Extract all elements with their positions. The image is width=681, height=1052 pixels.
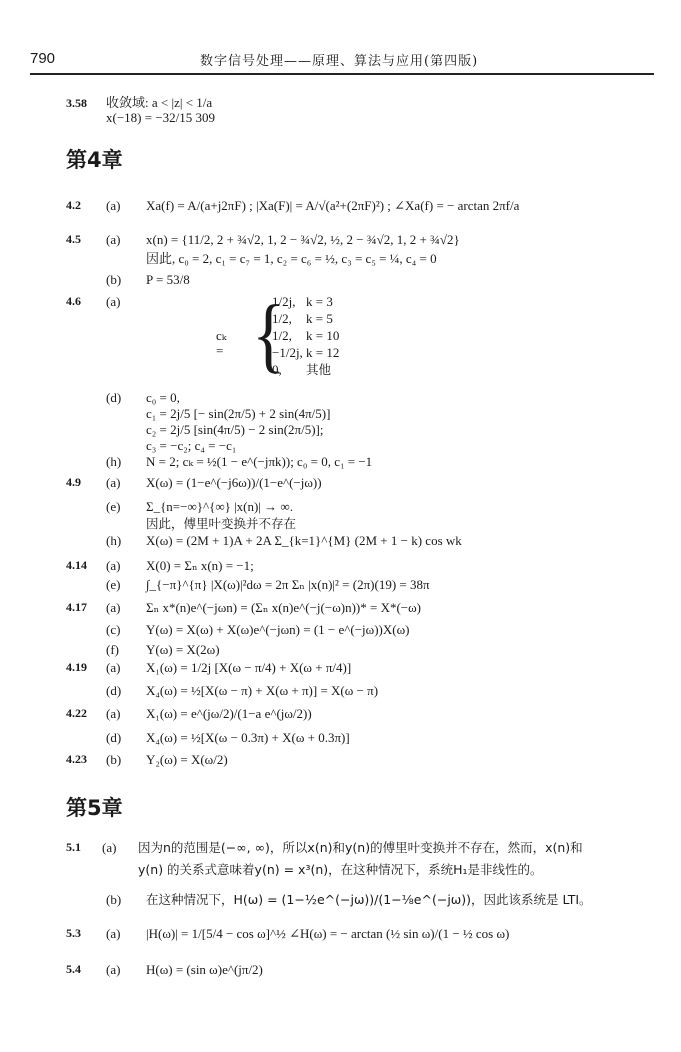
part-label: (b) (106, 892, 121, 907)
problem-number: 4.19 (66, 660, 87, 675)
paragraph: 因为n的范围是(−∞, ∞)，所以x(n)和y(n)的傅里叶变换并不存在，然而，… (138, 840, 583, 855)
running-title: 数字信号处理——原理、算法与应用(第四版) (200, 50, 478, 69)
paragraph: y(n) 的关系式意味着y(n) = x³(n)，在这种情况下，系统H₁是非线性… (138, 862, 543, 877)
problem-number: 4.9 (66, 475, 81, 490)
equation: N = 2; cₖ = ½(1 − e^(−jπk)); c₀ = 0, c₁ … (146, 454, 372, 469)
problem-number: 4.22 (66, 706, 87, 721)
part-label: (e) (106, 577, 120, 592)
part-label: (a) (106, 232, 120, 247)
equation: X₄(ω) = ½[X(ω − 0.3π) + X(ω + 0.3π)] (146, 730, 350, 745)
part-label: (h) (106, 454, 121, 469)
part-label: (d) (106, 730, 121, 745)
equation: x(n) = {11/2, 2 + ¾√2, 1, 2 − ¾√2, ½, 2 … (146, 232, 460, 247)
equation: Σₙ x*(n)e^(−jωn) = (Σₙ x(n)e^(−j(−ω)n))*… (146, 600, 421, 615)
problem-number: 4.14 (66, 558, 87, 573)
part-label: (c) (106, 622, 120, 637)
chapter-heading-5: 第5章 (66, 792, 123, 822)
equation: X(ω) = (2M + 1)A + 2A Σ_{k=1}^{M} (2M + … (146, 533, 462, 548)
problem-number: 4.17 (66, 600, 87, 615)
part-label: (b) (106, 272, 121, 287)
part-label: (a) (106, 294, 120, 309)
equation: X(0) = Σₙ x(n) = −1; (146, 558, 254, 573)
equation: c₁ = 2j/5 [− sin(2π/5) + 2 sin(4π/5)] (146, 406, 330, 421)
case-row: 1/2j,k = 3 (272, 294, 295, 309)
part-label: (a) (106, 962, 120, 977)
equation: cₖ = (216, 328, 227, 358)
part-label: (a) (106, 926, 120, 941)
part-label: (a) (106, 558, 120, 573)
problem-number: 5.4 (66, 962, 81, 977)
paragraph: 在这种情况下，H(ω) = (1−½e^(−jω))/(1−⅛e^(−jω))，… (146, 892, 592, 907)
equation: c₀ = 0, (146, 390, 180, 405)
problem-number: 5.1 (66, 840, 81, 855)
equation: H(ω) = (sin ω)e^(jπ/2) (146, 962, 263, 977)
chapter-heading-4: 第4章 (66, 144, 123, 174)
part-label: (h) (106, 533, 121, 548)
equation: Y(ω) = X(ω) + X(ω)e^(−jωn) = (1 − e^(−jω… (146, 622, 409, 637)
page-number: 790 (30, 50, 55, 67)
equation: x(−18) = −32/15 309 (106, 110, 215, 125)
part-label: (a) (106, 600, 120, 615)
case-row: 1/2,k = 10 (272, 328, 292, 343)
problem-number: 4.6 (66, 294, 81, 309)
part-label: (a) (106, 706, 120, 721)
equation: X(ω) = (1−e^(−j6ω))/(1−e^(−jω)) (146, 475, 322, 490)
part-label: (f) (106, 642, 119, 657)
region-of-convergence: 收敛域: a < |z| < 1/a (106, 95, 212, 110)
equation: P = 53/8 (146, 272, 190, 287)
equation: ∫_{−π}^{π} |X(ω)|²dω = 2π Σₙ |x(n)|² = (… (146, 577, 430, 592)
equation: Xa(f) = A/(a+j2πF) ; |Xa(F)| = A/√(a²+(2… (146, 198, 519, 213)
equation: c₃ = −c₂; c₄ = −c₁ (146, 438, 236, 453)
header-rule (30, 73, 654, 75)
part-label: (a) (106, 198, 120, 213)
part-label: (d) (106, 683, 121, 698)
problem-number: 5.3 (66, 926, 81, 941)
equation: X₄(ω) = ½[X(ω − π) + X(ω + π)] = X(ω − π… (146, 683, 378, 698)
page-header: 790 数字信号处理——原理、算法与应用(第四版) (30, 48, 654, 70)
part-label: (b) (106, 752, 121, 767)
case-row: 1/2,k = 5 (272, 311, 292, 326)
case-row: 0,其他 (272, 362, 282, 377)
equation: X₁(ω) = 1/2j [X(ω − π/4) + X(ω + π/4)] (146, 660, 351, 675)
equation: Y(ω) = X(2ω) (146, 642, 220, 657)
part-label: (e) (106, 499, 120, 514)
part-label: (a) (106, 660, 120, 675)
equation: 因此，傅里叶变换并不存在 (146, 516, 296, 531)
problem-number: 3.58 (66, 96, 87, 111)
equation: Y₂(ω) = X(ω/2) (146, 752, 228, 767)
equation: 因此, c₀ = 2, c₁ = c₇ = 1, c₂ = c₆ = ½, c₃… (146, 251, 437, 266)
case-row: −1/2j,k = 12 (272, 345, 303, 360)
problem-number: 4.5 (66, 232, 81, 247)
problem-number: 4.23 (66, 752, 87, 767)
part-label: (a) (102, 840, 116, 855)
equation: X₁(ω) = e^(jω/2)/(1−a e^(jω/2)) (146, 706, 312, 721)
problem-number: 4.2 (66, 198, 81, 213)
equation: |H(ω)| = 1/[5/4 − cos ω]^½ ∠H(ω) = − arc… (146, 926, 509, 941)
equation: c₂ = 2j/5 [sin(4π/5) − 2 sin(2π/5)]; (146, 422, 323, 437)
part-label: (d) (106, 390, 121, 405)
equation: Σ_{n=−∞}^{∞} |x(n)| → ∞. (146, 499, 293, 514)
part-label: (a) (106, 475, 120, 490)
